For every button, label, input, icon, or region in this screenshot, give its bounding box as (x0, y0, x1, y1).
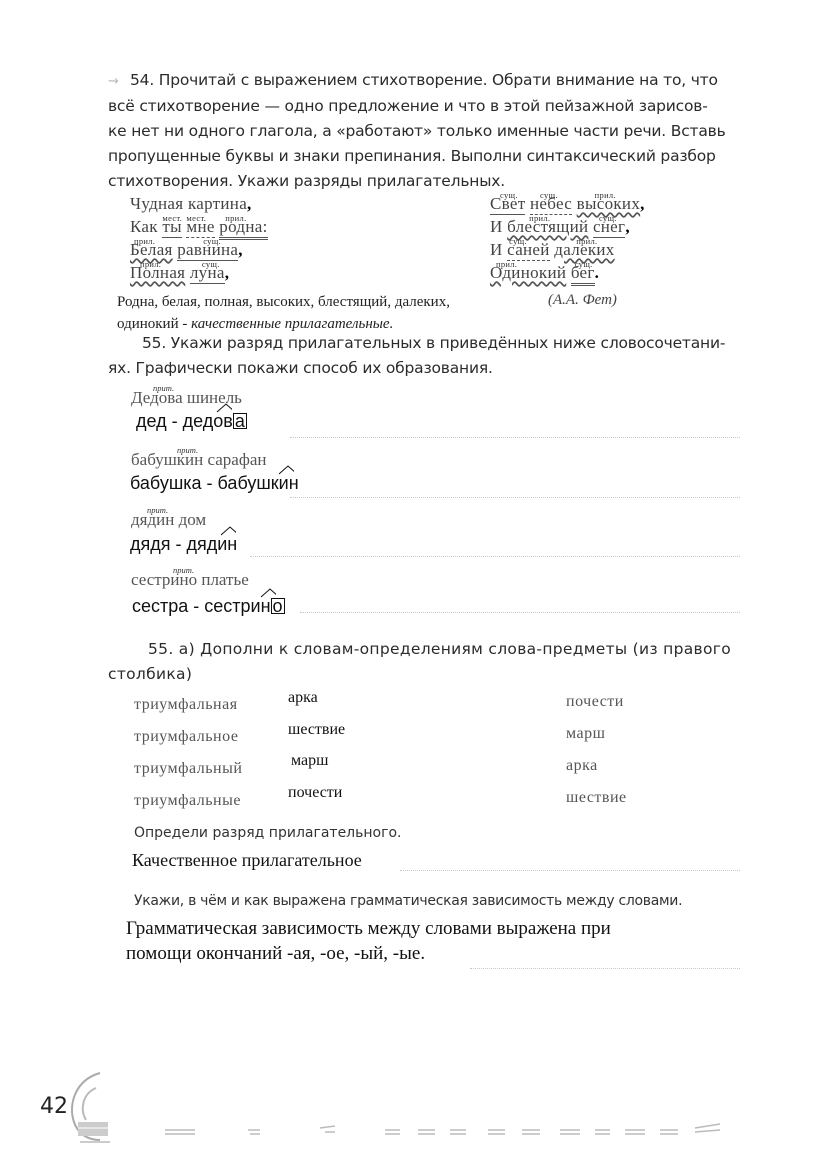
poem-author: (А.А. Фет) (548, 292, 617, 309)
answer-line (290, 437, 740, 438)
exercise-54-instruction: ⇝54. Прочитай с выражением стихотворение… (108, 68, 748, 194)
suffix-mark-icon (260, 588, 276, 598)
instruction-line: стихотворения. Укажи разряды прилагатель… (108, 169, 748, 194)
suffix-mark-icon (220, 526, 236, 536)
poem-word-predicate: прил.родна: (219, 217, 267, 240)
part-of-speech-label: сущ. (203, 231, 221, 251)
page-corner-ornament-icon (60, 1070, 110, 1150)
derivation-text: сестра - сестрин (132, 596, 271, 616)
part-of-speech-label: прил. (529, 208, 550, 228)
phrase: дядин дом (131, 510, 206, 530)
answer-line (250, 556, 740, 557)
instruction-line: ке нет ни одного глагола, а «работают» т… (108, 119, 748, 144)
poem-word-subject: сущ.луна (190, 263, 225, 284)
derivation: бабушка - бабушкин (130, 473, 299, 494)
part-of-speech-label: мест. (162, 208, 182, 228)
part-of-speech-label: прил. (140, 254, 161, 274)
adjective: триумфальные (134, 792, 241, 810)
match-row: триумфальная арка почести (134, 693, 654, 717)
part-of-speech-label: сущ. (509, 231, 527, 251)
answer-dependency-line-1: Грамматическая зависимость между словами… (126, 918, 611, 940)
footer-decorative-pattern-icon (120, 1120, 760, 1140)
adjective: триумфальная (134, 696, 238, 714)
answer-text: одинокий - (117, 316, 191, 332)
part-of-speech-label: прил. (496, 254, 517, 274)
adjective: триумфальное (134, 728, 238, 746)
inserted-punctuation: . (595, 263, 600, 283)
suffix-mark-icon (278, 465, 294, 475)
part-of-speech-label: сущ. (500, 185, 518, 205)
exercise-55-instruction: 55. Укажи разряд прилагательных в привед… (108, 331, 748, 381)
part-of-speech-label: прил. (225, 208, 246, 228)
derivation: дядя - дядин (130, 534, 237, 555)
ex55-item: прит. сестрино платье (131, 570, 249, 590)
poem-word-subject: сущ.Свет (490, 194, 525, 215)
question-category: Определи разряд прилагательного. (134, 825, 401, 841)
poem-word-attribute: прил.Одинокий (490, 263, 566, 283)
inserted-punctuation: , (238, 240, 243, 260)
poem-line: прил.Одинокий сущ.бег. (490, 263, 645, 286)
part-of-speech-label: сущ. (599, 208, 617, 228)
option-noun: шествие (566, 789, 627, 807)
inserted-punctuation: , (225, 263, 230, 283)
answer-noun: шествие (288, 721, 345, 739)
answer-noun: марш (291, 752, 328, 770)
part-of-speech-label: прил. (576, 231, 597, 251)
answer-noun: арка (288, 689, 318, 707)
exercise-54-answer-line-1: Родна, белая, полная, высоких, блестящий… (117, 294, 450, 311)
question-dependency: Укажи, в чём и как выражена грамматическ… (134, 893, 682, 909)
instruction-line: ях. Графически покажи способ их образова… (108, 356, 748, 381)
derivation-text: бабушка - бабушкин (130, 473, 299, 493)
poem-line: прил.Полная сущ.луна, (130, 263, 268, 286)
match-row: триумфальные почести шествие (134, 789, 654, 813)
poem-right-column: сущ.Свет сущ.небес прил.высоких, И прил.… (490, 194, 645, 286)
instruction-line: пропущенные буквы и знаки препинания. Вы… (108, 144, 748, 169)
derivation-text: дед - дедов (136, 411, 233, 431)
part-of-speech-label: сущ. (540, 185, 558, 205)
answer-category: Качественное прилагательное (132, 850, 362, 871)
poem-word-subject: сущ.снег (593, 217, 625, 238)
ex55-item: прит. бабушкин сарафан (131, 450, 267, 470)
answer-noun: почести (288, 784, 342, 802)
answer-italic-text: качественные прилагательные. (191, 316, 393, 332)
poem-word-predicate: сущ.бег (571, 263, 595, 286)
exercise-number: 55. (142, 334, 166, 352)
part-of-speech-label: сущ. (202, 254, 220, 274)
poem-left-column: Чудная картина, Как мест.ты мест.мне при… (130, 194, 268, 286)
inserted-punctuation: , (625, 217, 630, 237)
inserted-punctuation: , (640, 194, 645, 214)
exercise-55a-instruction: 55. а) Дополни к словам-определениям сло… (108, 637, 748, 687)
category-label: прит. (147, 505, 168, 515)
instruction-line: Дополни к словам-определениям слова-пред… (200, 640, 731, 658)
audio-read-icon: ⇝ (108, 69, 130, 94)
poem-line: сущ.Свет сущ.небес прил.высоких, (490, 194, 645, 217)
exercise-number: 55. а) (148, 640, 195, 658)
ex55-item: прит. дядин дом (131, 510, 206, 530)
part-of-speech-label: прил. (595, 185, 616, 205)
category-label: прит. (177, 445, 198, 455)
exercise-number: 54. (130, 71, 154, 89)
part-of-speech-label: прил. (134, 231, 155, 251)
poem-word-subject: мест.ты (162, 217, 181, 238)
instruction-line: столбика) (108, 662, 748, 687)
inserted-punctuation: , (247, 194, 252, 214)
category-label: прит. (173, 565, 194, 575)
adjective: триумфальный (134, 760, 242, 778)
suffix-mark-icon (216, 403, 232, 413)
answer-line (400, 870, 740, 871)
instruction-line: Укажи разряд прилагательных в приведённы… (171, 334, 725, 352)
poem-word: И (490, 217, 503, 237)
part-of-speech-label: сущ. (575, 254, 593, 274)
match-row: триумфальный марш арка (134, 757, 654, 781)
option-noun: почести (566, 693, 624, 711)
part-of-speech-label: мест. (186, 208, 206, 228)
derivation: дед - дедова (136, 411, 247, 432)
derivation-text: дядя - дядин (130, 534, 237, 554)
option-noun: арка (566, 757, 598, 775)
answer-dependency-line-2: помощи окончаний -ая, -ое, -ый, -ые. (126, 943, 425, 965)
ending-box: о (271, 598, 285, 614)
answer-line (290, 497, 740, 498)
option-noun: марш (566, 725, 605, 743)
instruction-line: Прочитай с выражением стихотворение. Обр… (159, 71, 718, 89)
instruction-line: всё стихотворение — одно предложение и ч… (108, 94, 748, 119)
match-row: триумфальное шествие марш (134, 725, 654, 749)
derivation: сестра - сестрино (132, 596, 285, 617)
ending-box: а (233, 413, 247, 429)
phrase: бабушкин сарафан (131, 450, 267, 470)
category-label: прит. (153, 383, 174, 393)
answer-line (470, 968, 740, 969)
answer-line (300, 612, 740, 613)
poem-word-attribute: прил.Полная (130, 263, 185, 283)
